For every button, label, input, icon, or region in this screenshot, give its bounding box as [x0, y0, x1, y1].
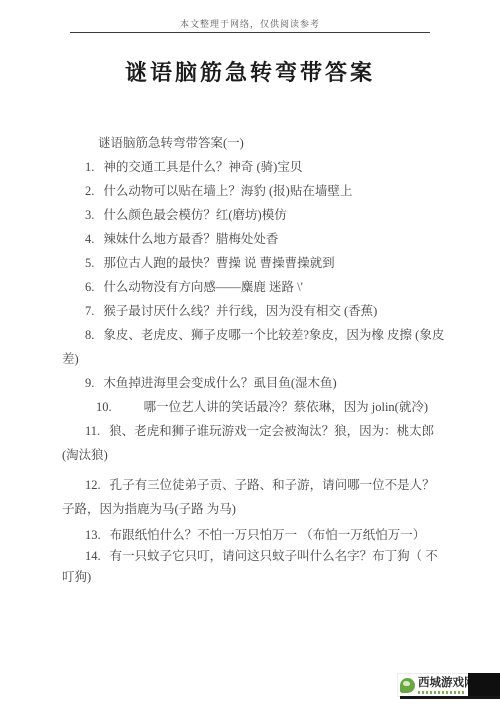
item-number: 13.: [85, 528, 101, 542]
item-text: 神的交通工具是什么？神奇 (骑)宝贝: [103, 160, 302, 174]
item-text: 孔子有三位徒弟子贡、子路、和子游，请问哪一位不是人？子路，因为指鹿为马(子路 为…: [62, 478, 435, 516]
riddle-item: 1.神的交通工具是什么？神奇 (骑)宝贝: [62, 155, 445, 179]
item-number: 10.: [96, 400, 112, 414]
item-text: 木鱼掉进海里会变成什么？虱目鱼(湿木鱼): [103, 376, 336, 390]
item-text: 什么动物可以贴在墙上？海豹 (报)贴在墙壁上: [103, 184, 352, 198]
source-notice: 本文整理于网络，仅供阅读参考: [0, 17, 500, 30]
site-tagline-strip: [418, 691, 466, 694]
item-number: 12.: [85, 478, 101, 492]
item-number: 8.: [85, 328, 94, 342]
riddle-item: 9.木鱼掉进海里会变成什么？虱目鱼(湿木鱼): [62, 371, 445, 395]
item-text: 什么颜色最会模仿？红(磨坊)模仿: [103, 208, 286, 222]
riddle-item: 2.什么动物可以贴在墙上？海豹 (报)贴在墙壁上: [62, 179, 445, 203]
item-number: 1.: [85, 160, 94, 174]
item-text: 布跟纸怕什么？不怕一万只怕万一 （布怕一万纸怕万一）: [110, 528, 426, 542]
riddle-item: 10.哪一位艺人讲的笑话最冷？蔡依琳，因为 jolin(就冷): [62, 395, 445, 419]
riddle-item: 12.孔子有三位徒弟子贡、子路、和子游，请问哪一位不是人？子路，因为指鹿为马(子…: [62, 473, 445, 521]
section-heading: 谜语脑筋急转弯带答案(一): [62, 131, 445, 155]
riddle-item: 7.猴子最讨厌什么线？并行线，因为没有相交 (香蕉): [62, 299, 445, 323]
site-logo-box: 西城游戏网: [398, 674, 468, 696]
item-number: 6.: [85, 280, 94, 294]
item-text: 象皮、老虎皮、狮子皮哪一个比较差?象皮，因为橡 皮擦 (象皮差): [62, 328, 444, 366]
site-logo-icon: [400, 678, 415, 693]
item-number: 5.: [85, 256, 94, 270]
riddle-list: 谜语脑筋急转弯带答案(一) 1.神的交通工具是什么？神奇 (骑)宝贝 2.什么动…: [62, 131, 445, 588]
item-text: 猴子最讨厌什么线？并行线，因为没有相交 (香蕉): [103, 304, 377, 318]
riddle-item: 14.有一只蚊子它只叮，请问这只蚊子叫什么名字？布丁狗（ 不叮狗): [62, 546, 445, 588]
riddle-item: 11.狼、老虎和狮子谁玩游戏一定会被淘汰？狼，因为：桃太郎(淘汰狼): [62, 419, 445, 467]
item-text: 什么动物没有方向感——麋鹿 迷路 \': [103, 280, 302, 294]
item-number: 7.: [85, 304, 94, 318]
item-number: 9.: [85, 376, 94, 390]
item-number: 3.: [85, 208, 94, 222]
site-name: 西城游戏网: [418, 677, 476, 690]
item-number: 11.: [85, 424, 100, 438]
riddle-item: 5.那位古人跑的最快？曹操 说 曹操曹操就到: [62, 251, 445, 275]
site-watermark: 西城游戏网: [398, 672, 500, 699]
riddle-item: 4.辣妹什么地方最香？腊梅处处香: [62, 227, 445, 251]
doc-header: 本文整理于网络，仅供阅读参考: [0, 0, 500, 33]
page-title: 谜语脑筋急转弯带答案: [0, 56, 500, 87]
item-number: 14.: [85, 549, 101, 563]
item-text: 狼、老虎和狮子谁玩游戏一定会被淘汰？狼，因为：桃太郎(淘汰狼): [62, 424, 434, 462]
document-page: { "page": { "notice": "本文整理于网络，仅供阅读参考", …: [0, 0, 500, 707]
item-number: 4.: [85, 232, 94, 246]
header-divider: [70, 32, 430, 33]
item-text: 辣妹什么地方最香？腊梅处处香: [103, 232, 278, 246]
item-text: 哪一位艺人讲的笑话最冷？蔡依琳，因为 jolin(就冷): [144, 400, 428, 414]
item-number: 2.: [85, 184, 94, 198]
riddle-item: 6.什么动物没有方向感——麋鹿 迷路 \': [62, 275, 445, 299]
item-text: 那位古人跑的最快？曹操 说 曹操曹操就到: [103, 256, 334, 270]
riddle-item: 3.什么颜色最会模仿？红(磨坊)模仿: [62, 203, 445, 227]
riddle-item: 8.象皮、老虎皮、狮子皮哪一个比较差?象皮，因为橡 皮擦 (象皮差): [62, 323, 445, 371]
watermark-black-block: [468, 673, 500, 696]
item-text: 有一只蚊子它只叮，请问这只蚊子叫什么名字？布丁狗（ 不叮狗): [62, 549, 438, 584]
watermark-bottom-strip: [400, 696, 500, 699]
riddle-item: 13.布跟纸怕什么？不怕一万只怕万一 （布怕一万纸怕万一）: [62, 525, 445, 546]
